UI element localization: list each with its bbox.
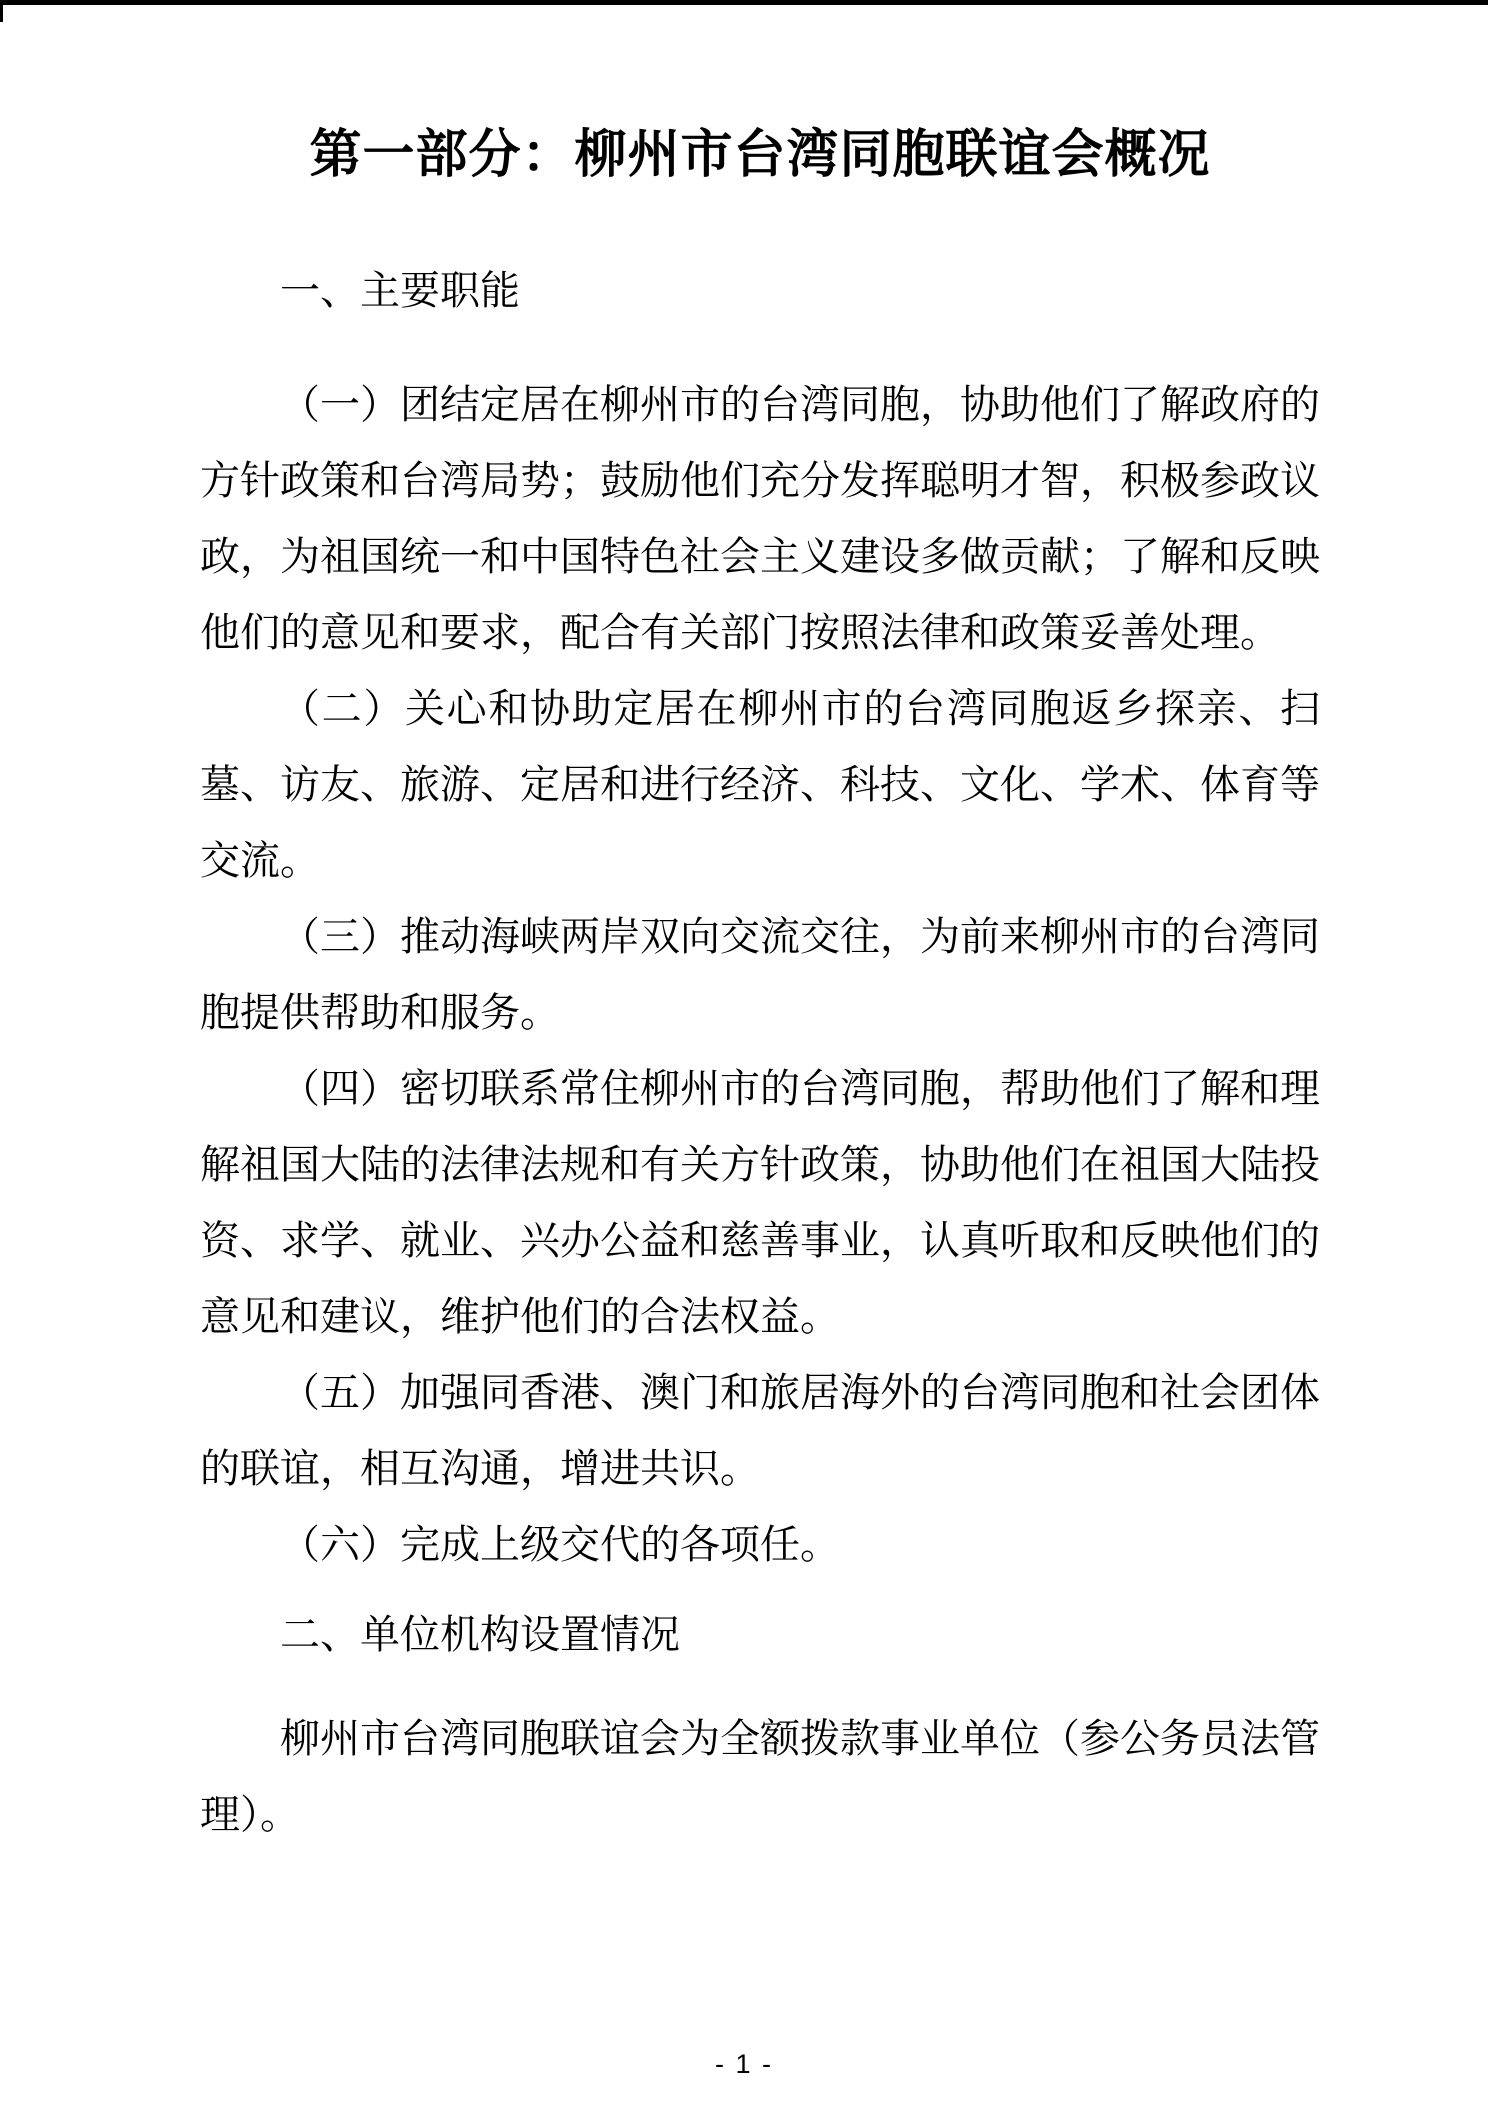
document-page: 第一部分：柳州市台湾同胞联谊会概况 一、主要职能 （一）团结定居在柳州市的台湾同…	[0, 0, 1488, 2104]
paragraph-6: （六）完成上级交代的各项任。	[200, 1507, 1320, 1583]
section-1-body: （一）团结定居在柳州市的台湾同胞，协助他们了解政府的方针政策和台湾局势；鼓励他们…	[200, 367, 1320, 1583]
section-2-body: 柳州市台湾同胞联谊会为全额拨款事业单位（参公务员法管理）。	[200, 1701, 1320, 1853]
paragraph-5: （五）加强同香港、澳门和旅居海外的台湾同胞和社会团体的联谊，相互沟通，增进共识。	[200, 1355, 1320, 1507]
scan-edge-top	[0, 0, 1488, 5]
document-title: 第一部分：柳州市台湾同胞联谊会概况	[200, 125, 1320, 185]
paragraph-4: （四）密切联系常住柳州市的台湾同胞，帮助他们了解和理解祖国大陆的法律法规和有关方…	[200, 1051, 1320, 1355]
paragraph-3: （三）推动海峡两岸双向交流交往，为前来柳州市的台湾同胞提供帮助和服务。	[200, 899, 1320, 1051]
section-2-heading: 二、单位机构设置情况	[200, 1609, 1320, 1661]
section-1-heading: 一、主要职能	[200, 265, 1320, 317]
paragraph-1: （一）团结定居在柳州市的台湾同胞，协助他们了解政府的方针政策和台湾局势；鼓励他们…	[200, 367, 1320, 671]
paragraph-2: （二）关心和协助定居在柳州市的台湾同胞返乡探亲、扫墓、访友、旅游、定居和进行经济…	[200, 671, 1320, 899]
paragraph-7: 柳州市台湾同胞联谊会为全额拨款事业单位（参公务员法管理）。	[200, 1701, 1320, 1853]
page-footer: - 1 -	[0, 2049, 1488, 2080]
page-number: - 1 -	[715, 2049, 773, 2079]
scan-edge-left	[0, 0, 3, 22]
